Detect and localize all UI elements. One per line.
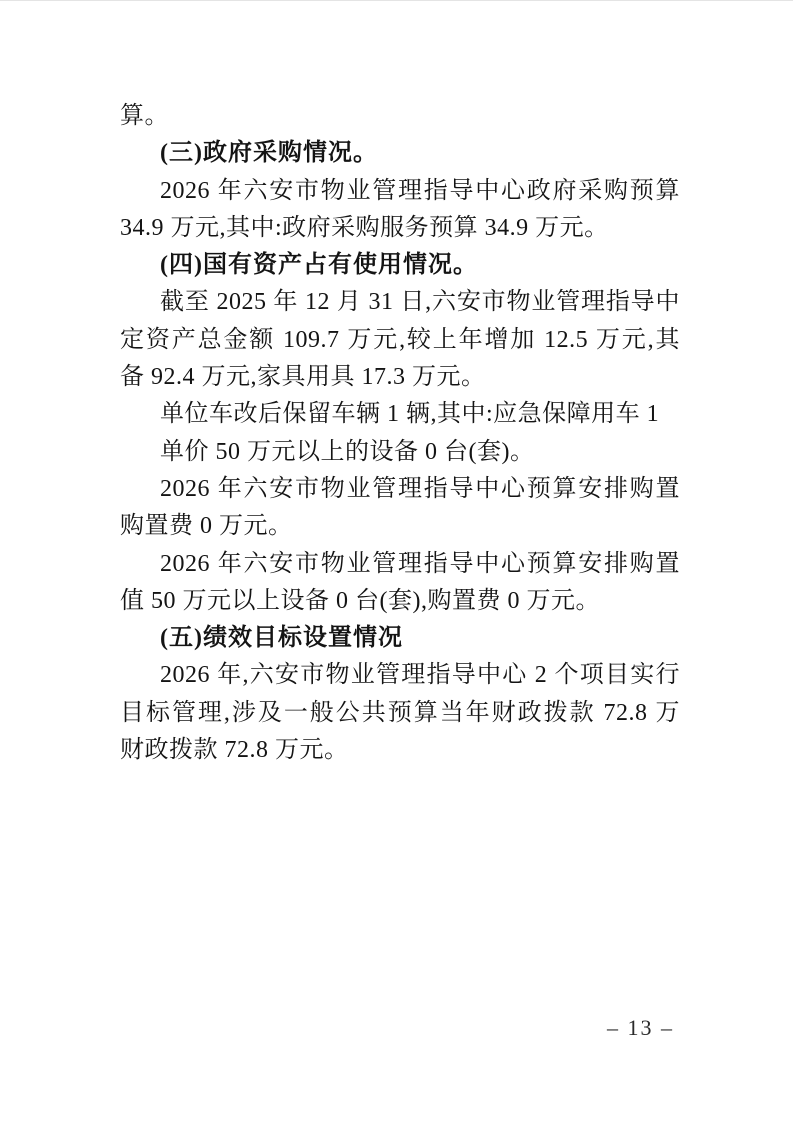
body-line: 截至 2025 年 12 月 31 日,六安市物业管理指导中心固 (120, 284, 680, 321)
document-body: 算。 (三)政府采购情况。 2026 年六安市物业管理指导中心政府采购预算总额 … (120, 98, 680, 769)
heading-section-4: (四)国有资产占有使用情况。 (120, 247, 680, 284)
page-number: – 13 – (120, 1015, 674, 1041)
body-line: 单位车改后保留车辆 1 辆,其中:应急保障用车 1 辆。 (120, 396, 680, 433)
heading-section-5: (五)绩效目标设置情况 (120, 620, 680, 657)
page-top-edge (0, 0, 793, 1)
body-line: 定资产总金额 109.7 万元,较上年增加 12.5 万元,其中,设 (120, 322, 680, 359)
body-line: 34.9 万元,其中:政府采购服务预算 34.9 万元。 (120, 210, 680, 247)
body-line: 2026 年六安市物业管理指导中心预算安排购置单位价 (120, 546, 680, 583)
body-line: 备 92.4 万元,家具用具 17.3 万元。 (120, 359, 680, 396)
body-line: 财政拨款 72.8 万元。 (120, 732, 680, 769)
body-line: 单价 50 万元以上的设备 0 台(套)。 (120, 434, 680, 471)
body-line: 值 50 万元以上设备 0 台(套),购置费 0 万元。 (120, 583, 680, 620)
body-line: 2026 年,六安市物业管理指导中心 2 个项目实行了绩效 (120, 657, 680, 694)
heading-section-3: (三)政府采购情况。 (120, 135, 680, 172)
body-line-continuation: 算。 (120, 98, 680, 135)
body-line: 2026 年六安市物业管理指导中心政府采购预算总额 (120, 173, 680, 210)
body-line: 2026 年六安市物业管理指导中心预算安排购置车辆 0 辆, (120, 471, 680, 508)
body-line: 目标管理,涉及一般公共预算当年财政拨款 72.8 万元、当年 (120, 695, 680, 732)
body-line: 购置费 0 万元。 (120, 508, 680, 545)
